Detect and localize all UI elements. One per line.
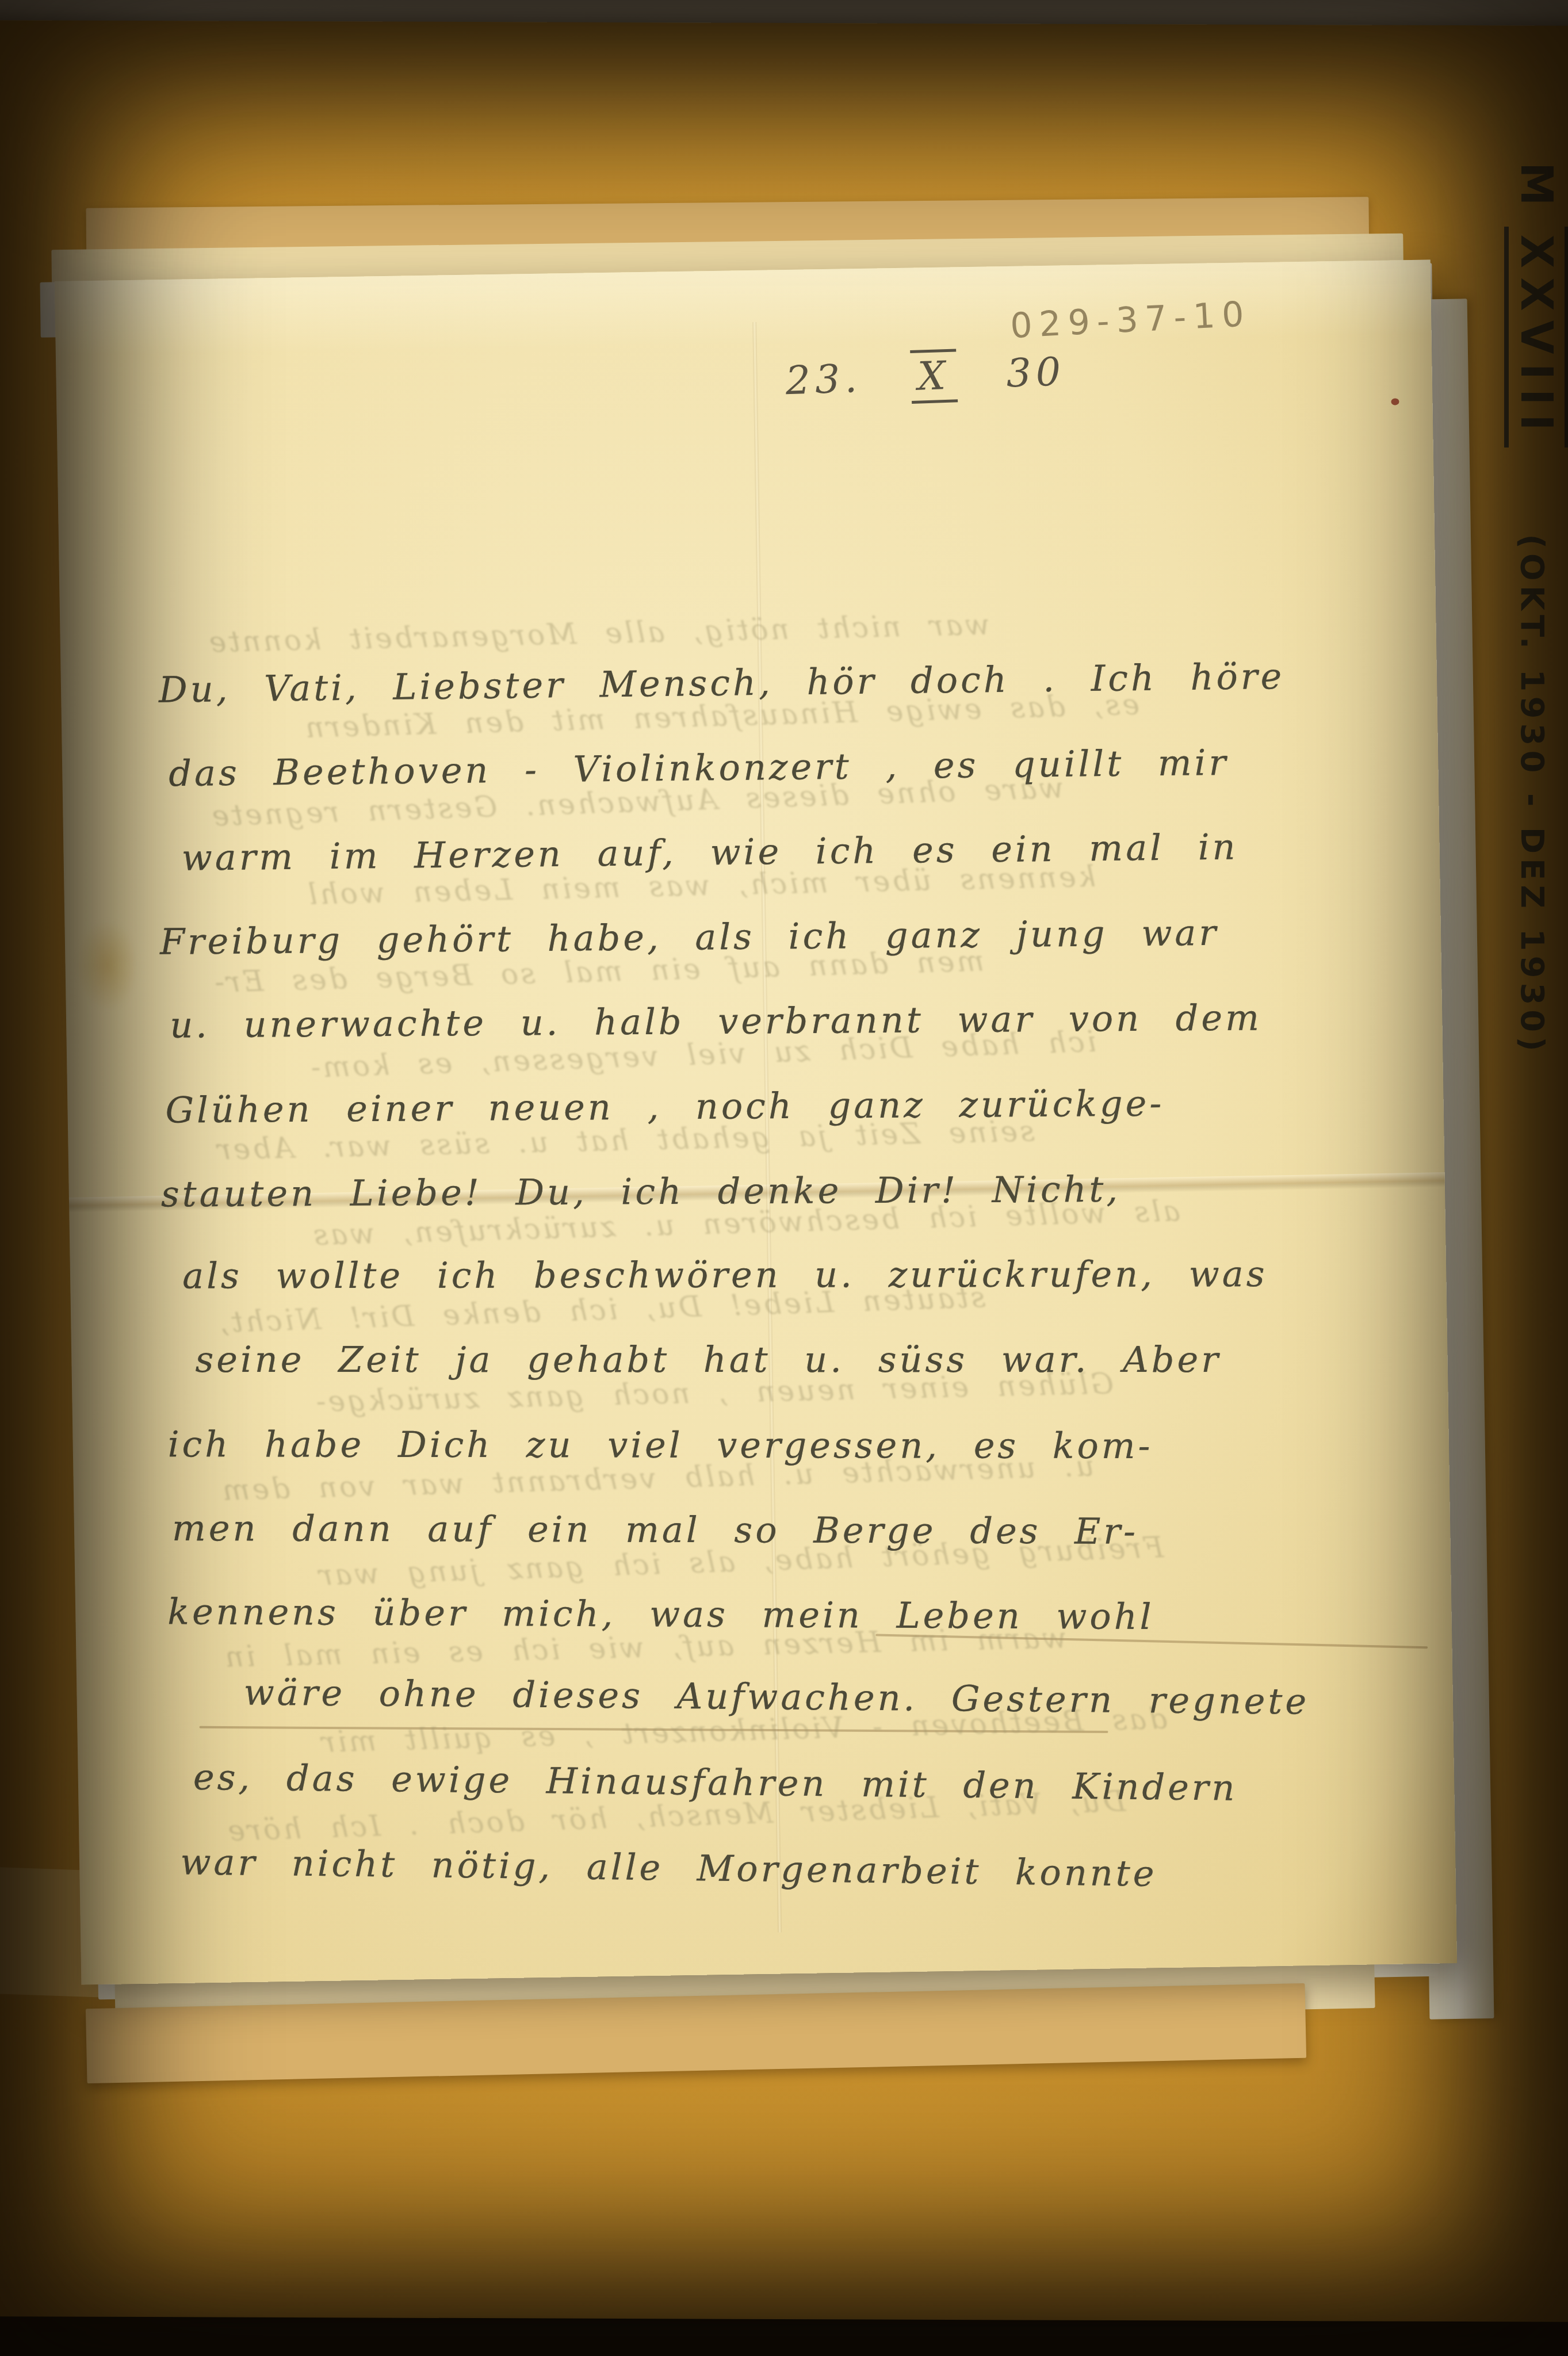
date-heading: 23. X 30 bbox=[769, 349, 1083, 404]
letter-line: Freiburg gehört habe, als ich ganz jung … bbox=[160, 912, 1219, 963]
letter-line: seine Zeit ja gehabt hat u. süss war. Ab… bbox=[195, 1338, 1221, 1380]
letter-line: Glühen einer neuen , noch ganz zurückge- bbox=[165, 1082, 1164, 1131]
paper-speck bbox=[1391, 398, 1399, 405]
archive-photo: MXXVIII(OKT. 1930 - DEZ 1930) 029-37-10 … bbox=[0, 0, 1568, 2356]
letter-line: stauten Liebe! Du, ich denke Dir! Nicht, bbox=[161, 1168, 1121, 1215]
catalog-number: 029-37-10 bbox=[1009, 294, 1252, 346]
letter-line: das Beethoven - Violinkonzert , es quill… bbox=[169, 741, 1229, 794]
date-month: X bbox=[910, 349, 958, 404]
volume-prefix: M bbox=[1511, 162, 1562, 212]
date-year: 30 bbox=[1005, 349, 1066, 396]
ghost-line: war nicht nötig, alle Morgenarbeit konnt… bbox=[206, 608, 990, 659]
letter-line: ich habe Dich zu viel vergessen, es kom- bbox=[168, 1423, 1153, 1467]
letter-line: es, das ewige Hinausfahren mit den Kinde… bbox=[193, 1756, 1238, 1809]
letter-line: wäre ohne dieses Aufwachen. Gestern regn… bbox=[243, 1671, 1309, 1722]
letter-line: u. unerwachte u. halb verbrannt war von … bbox=[170, 996, 1262, 1046]
letter-line: war nicht nötig, alle Morgenarbeit konnt… bbox=[180, 1841, 1157, 1895]
letter-line: kennens über mich, was mein Leben wohl bbox=[167, 1590, 1154, 1638]
volume-date-range: (OKT. 1930 - DEZ 1930) bbox=[1513, 534, 1551, 1055]
letter-line: als wollte ich beschwören u. zurückrufen… bbox=[182, 1253, 1267, 1296]
letter-line: men dann auf ein mal so Berge des Er- bbox=[172, 1507, 1138, 1552]
letter-sheet: 029-37-10 23. X 30 war nicht nötig, alle… bbox=[55, 259, 1457, 1984]
date-day: 23. bbox=[785, 356, 862, 404]
paper-stain bbox=[75, 919, 139, 1012]
archive-volume-marker: MXXVIII(OKT. 1930 - DEZ 1930) bbox=[1511, 162, 1562, 1056]
volume-numeral: XXVIII bbox=[1504, 227, 1568, 448]
